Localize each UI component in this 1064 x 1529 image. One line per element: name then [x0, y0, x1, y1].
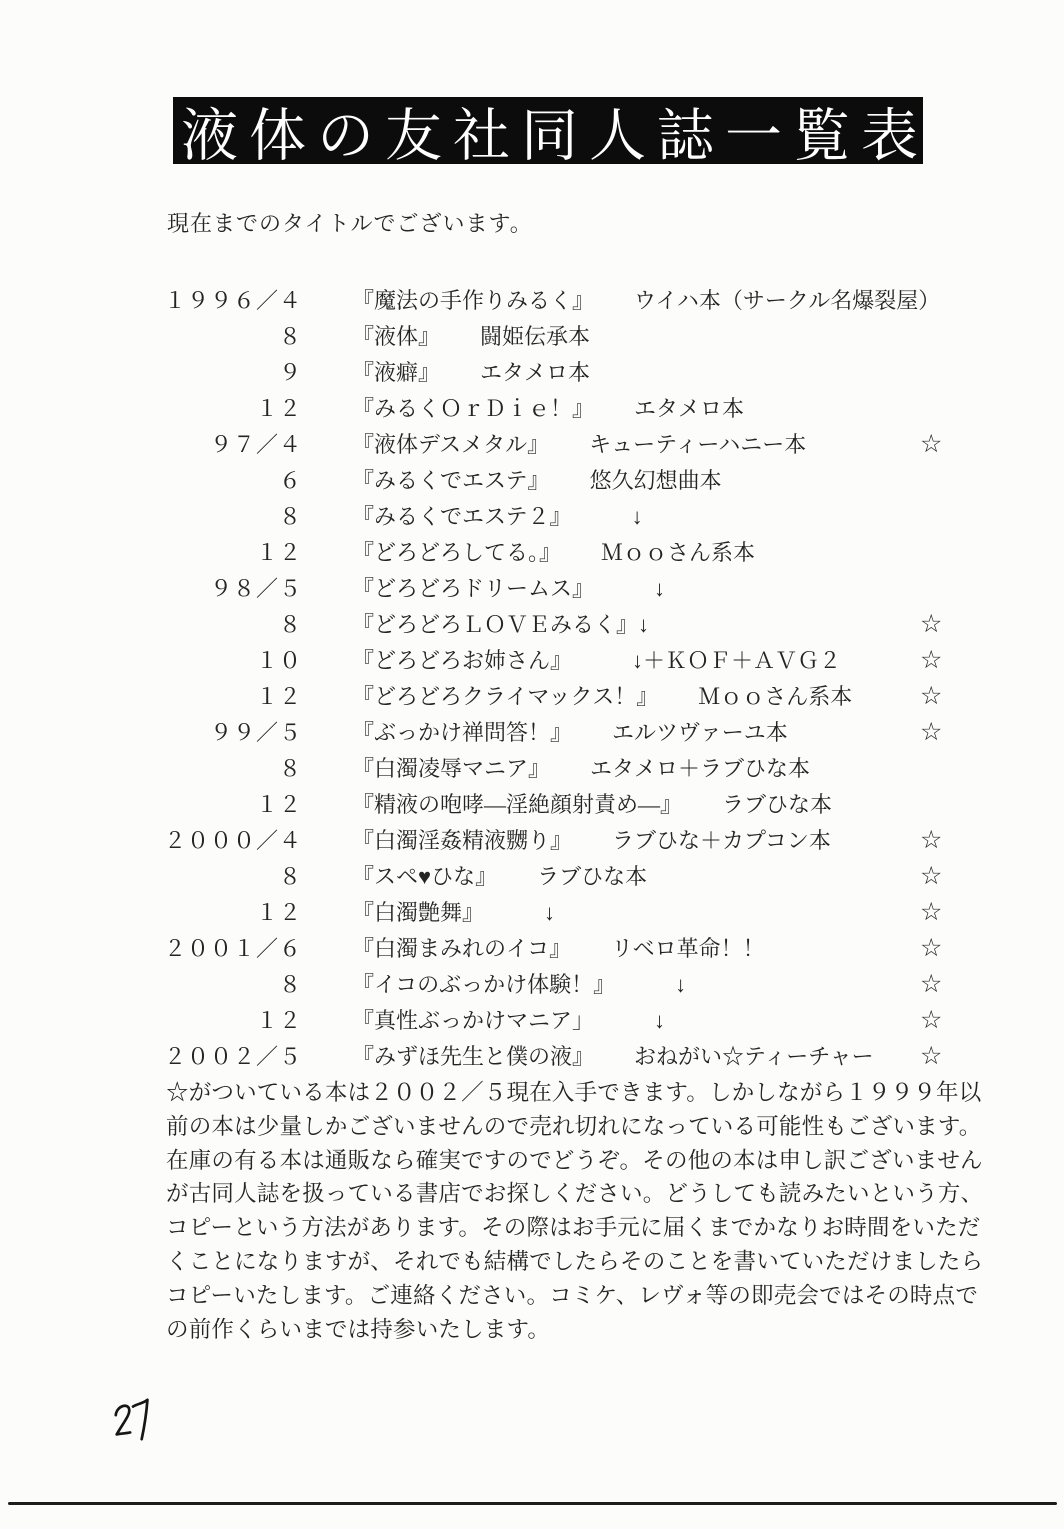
page-title: 液体の友社同人誌一覧表: [173, 97, 923, 164]
row-title: 『どろどろしてる。』: [352, 540, 561, 565]
row-note: 悠久幻想曲本: [590, 468, 722, 493]
row-title: 『みるくでエステ２』: [352, 504, 572, 529]
row-date: １２: [160, 787, 302, 823]
list-item: １２『白濁艶舞』↓ ☆: [160, 895, 1020, 931]
row-date: ８: [160, 319, 302, 355]
availability-star-icon: ☆: [920, 607, 942, 643]
row-note: エルツヴァーユ本: [612, 720, 788, 745]
list-item: １９９６／４『魔法の手作りみるく』ウイハ本（サークル名爆裂屋）: [160, 283, 1020, 319]
row-date: １２: [160, 895, 302, 931]
row-note: Ｍｏｏさん系本: [698, 684, 852, 709]
list-item: ８『白濁凌辱マニア』エタメロ＋ラブひな本: [160, 751, 1020, 787]
row-title: 『精液の咆哮―淫絶顔射責め―』: [352, 792, 682, 817]
row-date: ８: [160, 751, 302, 787]
list-item: １２『精液の咆哮―淫絶顔射責め―』ラブひな本: [160, 787, 1020, 823]
row-date: ２００２／５: [160, 1039, 302, 1075]
availability-star-icon: ☆: [920, 679, 942, 715]
row-title: 『みるくＯｒＤｉｅ！』: [352, 396, 594, 421]
row-note: キューティーハニー本: [589, 432, 806, 457]
row-note: リベロ革命！！: [611, 936, 765, 961]
list-item: ８『イコのぶっかけ体験！』↓ ☆: [160, 967, 1020, 1003]
row-date: １９９６／４: [160, 283, 302, 319]
subtitle: 現在までのタイトルでございます。: [167, 207, 533, 238]
row-date: ９８／５: [160, 571, 302, 607]
row-date: ９７／４: [160, 427, 302, 463]
availability-star-icon: ☆: [920, 643, 942, 679]
row-note: ラブひな本: [537, 864, 647, 889]
paragraph-line: コピーという方法があります。その際はお手元に届くまでかなりお時間をいただ: [166, 1211, 990, 1245]
list-item: ９『液癖』エタメロ本: [160, 355, 1020, 391]
paragraph-line: の前作くらいまでは持参いたします。: [166, 1313, 990, 1347]
handwritten-digits-27: [110, 1394, 158, 1446]
row-title: 『ぶっかけ禅問答！』: [352, 720, 572, 745]
row-date: １２: [160, 391, 302, 427]
availability-star-icon: ☆: [920, 967, 942, 1003]
availability-star-icon: ☆: [920, 895, 942, 931]
row-date: １０: [160, 643, 302, 679]
row-title: 『白濁まみれのイコ』: [352, 936, 571, 961]
row-title: 『白濁凌辱マニア』: [352, 756, 550, 781]
row-title: 『白濁淫姦精液嬲り』: [352, 828, 572, 853]
row-note: ↓＋ＫＯＦ＋ＡＶＧ２: [632, 648, 841, 673]
row-title: 『イコのぶっかけ体験！』: [352, 972, 615, 997]
row-title: 『スペ♥ひな』: [352, 864, 497, 889]
list-item: ８『スペ♥ひな』ラブひな本 ☆: [160, 859, 1020, 895]
row-note: ↓: [632, 504, 643, 529]
row-date: ９９／５: [160, 715, 302, 751]
row-title: 『みずほ先生と僕の液』: [352, 1044, 594, 1069]
list-item: ９９／５『ぶっかけ禅問答！』エルツヴァーユ本 ☆: [160, 715, 1020, 751]
list-item: ８『液体』闘姫伝承本: [160, 319, 1020, 355]
row-date: ８: [160, 499, 302, 535]
row-note: おねがい☆ティーチャー: [634, 1044, 874, 1069]
row-date: ８: [160, 607, 302, 643]
row-note: 闘姫伝承本: [480, 324, 590, 349]
row-title: 『どろどろドリームス』: [352, 576, 594, 601]
row-title: 『どろどろクライマックス！』: [352, 684, 658, 709]
availability-star-icon: ☆: [920, 1039, 942, 1075]
availability-star-icon: ☆: [920, 823, 942, 859]
list-item: ２００２／５『みずほ先生と僕の液』おねがい☆ティーチャー ☆: [160, 1039, 1020, 1075]
paragraph-line: 在庫の有る本は通販なら確実ですのでどうぞ。その他の本は申し訳ございません: [166, 1144, 990, 1178]
list-item: ２００１／６『白濁まみれのイコ』リベロ革命！！ ☆: [160, 931, 1020, 967]
list-item: ８『みるくでエステ２』↓: [160, 499, 1020, 535]
row-note: ラブひな本: [722, 792, 832, 817]
list-item: ２０００／４『白濁淫姦精液嬲り』ラブひな＋カプコン本 ☆: [160, 823, 1020, 859]
list-item: １２『真性ぶっかけマニア」↓ ☆: [160, 1003, 1020, 1039]
paragraph-line: コピーいたします。ご連絡ください。コミケ、レヴォ等の即売会ではその時点で: [166, 1279, 990, 1313]
row-date: ６: [160, 463, 302, 499]
list-item: ６『みるくでエステ』悠久幻想曲本: [160, 463, 1020, 499]
list-item: ９８／５『どろどろドリームス』↓: [160, 571, 1020, 607]
row-note: エタメロ本: [634, 396, 744, 421]
list-item: １０『どろどろお姉さん』↓＋ＫＯＦ＋ＡＶＧ２ ☆: [160, 643, 1020, 679]
list-item: １２『どろどろクライマックス！』Ｍｏｏさん系本 ☆: [160, 679, 1020, 715]
title-list: １９９６／４『魔法の手作りみるく』ウイハ本（サークル名爆裂屋） ８『液体』闘姫伝…: [160, 283, 1020, 1075]
row-note: エタメロ＋ラブひな本: [590, 756, 810, 781]
row-title: 『液体』: [352, 324, 440, 349]
row-date: １２: [160, 1003, 302, 1039]
availability-star-icon: ☆: [920, 931, 942, 967]
row-date: ８: [160, 859, 302, 895]
availability-note: ☆がついている本は２００２／５現在入手できます。しかしながら１９９９年以前の本は…: [166, 1076, 990, 1346]
row-note: ↓: [654, 576, 665, 601]
list-item: １２『どろどろしてる。』Ｍｏｏさん系本: [160, 535, 1020, 571]
row-date: １２: [160, 679, 302, 715]
availability-star-icon: ☆: [920, 1003, 942, 1039]
row-title: 『真性ぶっかけマニア」: [352, 1008, 594, 1033]
row-date: ２０００／４: [160, 823, 302, 859]
row-title: 『どろどろＬＯＶＥみるく』↓: [352, 612, 649, 637]
row-date: １２: [160, 535, 302, 571]
row-note: ↓: [675, 972, 686, 997]
paragraph-line: くことになりますが、それでも結構でしたらそのことを書いていただけましたら: [166, 1245, 990, 1279]
availability-star-icon: ☆: [920, 859, 942, 895]
page-title-banner: 液体の友社同人誌一覧表: [173, 97, 923, 164]
row-note: Ｍｏｏさん系本: [601, 540, 755, 565]
bottom-rule: [8, 1502, 1057, 1505]
row-title: 『液癖』: [352, 360, 440, 385]
row-date: ９: [160, 355, 302, 391]
list-item: ９７／４『液体デスメタル』キューティーハニー本 ☆: [160, 427, 1020, 463]
availability-star-icon: ☆: [920, 427, 942, 463]
row-note: ↓: [654, 1008, 665, 1033]
row-title: 『白濁艶舞』: [352, 900, 484, 925]
row-note: ↓: [544, 900, 555, 925]
paragraph-line: が古同人誌を扱っている書店でお探しください。どうしても読みたいという方、: [166, 1177, 990, 1211]
row-note: ウイハ本（サークル名爆裂屋）: [634, 288, 940, 313]
row-date: ８: [160, 967, 302, 1003]
paragraph-line: 前の本は少量しかございませんので売れ切れになっている可能性もございます。: [166, 1110, 990, 1144]
handwritten-page-number: [110, 1394, 158, 1446]
row-date: ２００１／６: [160, 931, 302, 967]
availability-star-icon: ☆: [920, 715, 942, 751]
row-note: ラブひな＋カプコン本: [612, 828, 831, 853]
row-title: 『魔法の手作りみるく』: [352, 288, 594, 313]
paragraph-line: ☆がついている本は２００２／５現在入手できます。しかしながら１９９９年以: [166, 1076, 990, 1110]
row-title: 『どろどろお姉さん』: [352, 648, 572, 673]
row-title: 『液体デスメタル』: [352, 432, 549, 457]
row-note: エタメロ本: [480, 360, 590, 385]
row-title: 『みるくでエステ』: [352, 468, 550, 493]
list-item: １２『みるくＯｒＤｉｅ！』エタメロ本: [160, 391, 1020, 427]
list-item: ８『どろどろＬＯＶＥみるく』↓ ☆: [160, 607, 1020, 643]
